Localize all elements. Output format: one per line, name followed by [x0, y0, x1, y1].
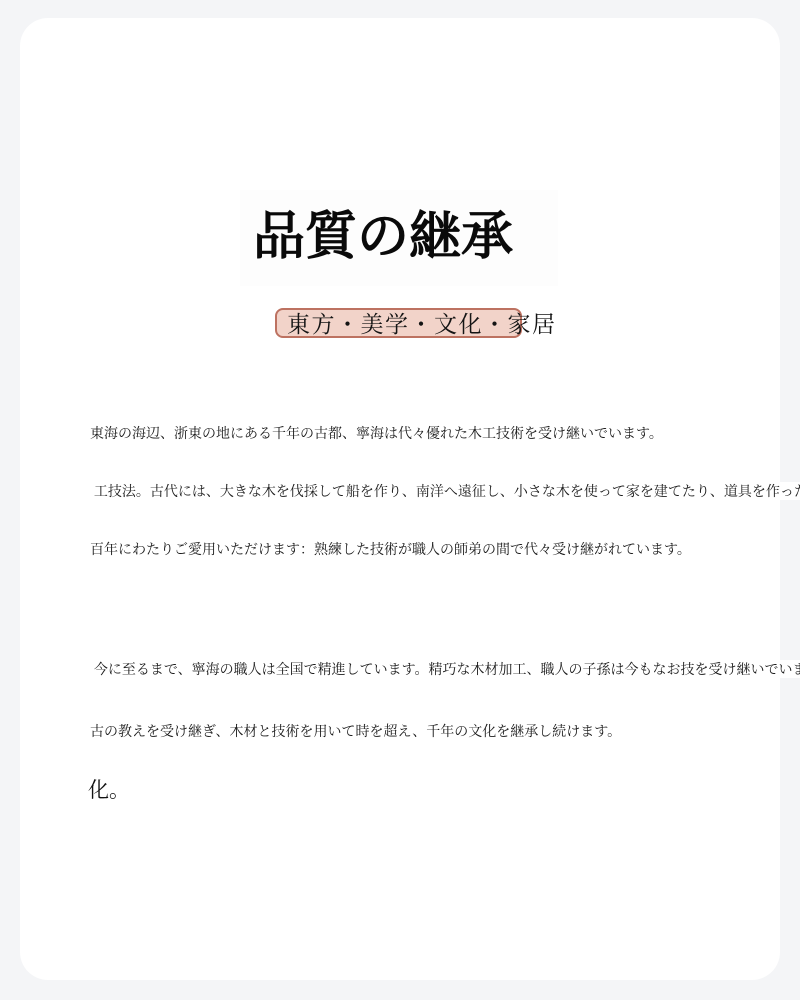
paragraph-intro: 東海の海辺、浙東の地にある千年の古都、寧海は代々優れた木工技術を受け継いでいます…: [90, 424, 663, 442]
title-block: 品質の継承: [240, 190, 558, 286]
paragraph-artisans-today: 今に至るまで、寧海の職人は全国で精進しています。精巧な木材加工、職人の子孫は今も…: [90, 660, 800, 678]
paragraph-craft-history: 工技法。古代には、大きな木を伐採して船を作り、南洋へ遠征し、小さな木を使って家を…: [90, 482, 800, 500]
paragraph-durability: 百年にわたりご愛用いただけます：熟練した技術が職人の師弟の間で代々受け継がれてい…: [90, 540, 691, 558]
paragraph-legacy: 古の教えを受け継ぎ、木材と技術を用いて時を超え、千年の文化を継承し続けます。: [90, 722, 621, 740]
subtitle: 東方・美学・文化・家居: [287, 309, 557, 339]
page-title: 品質の継承: [253, 209, 513, 266]
wrapped-text-fragment: 化。: [88, 777, 130, 805]
page-background: 品質の継承 東方・美学・文化・家居 東海の海辺、浙東の地にある千年の古都、寧海は…: [0, 0, 800, 1000]
